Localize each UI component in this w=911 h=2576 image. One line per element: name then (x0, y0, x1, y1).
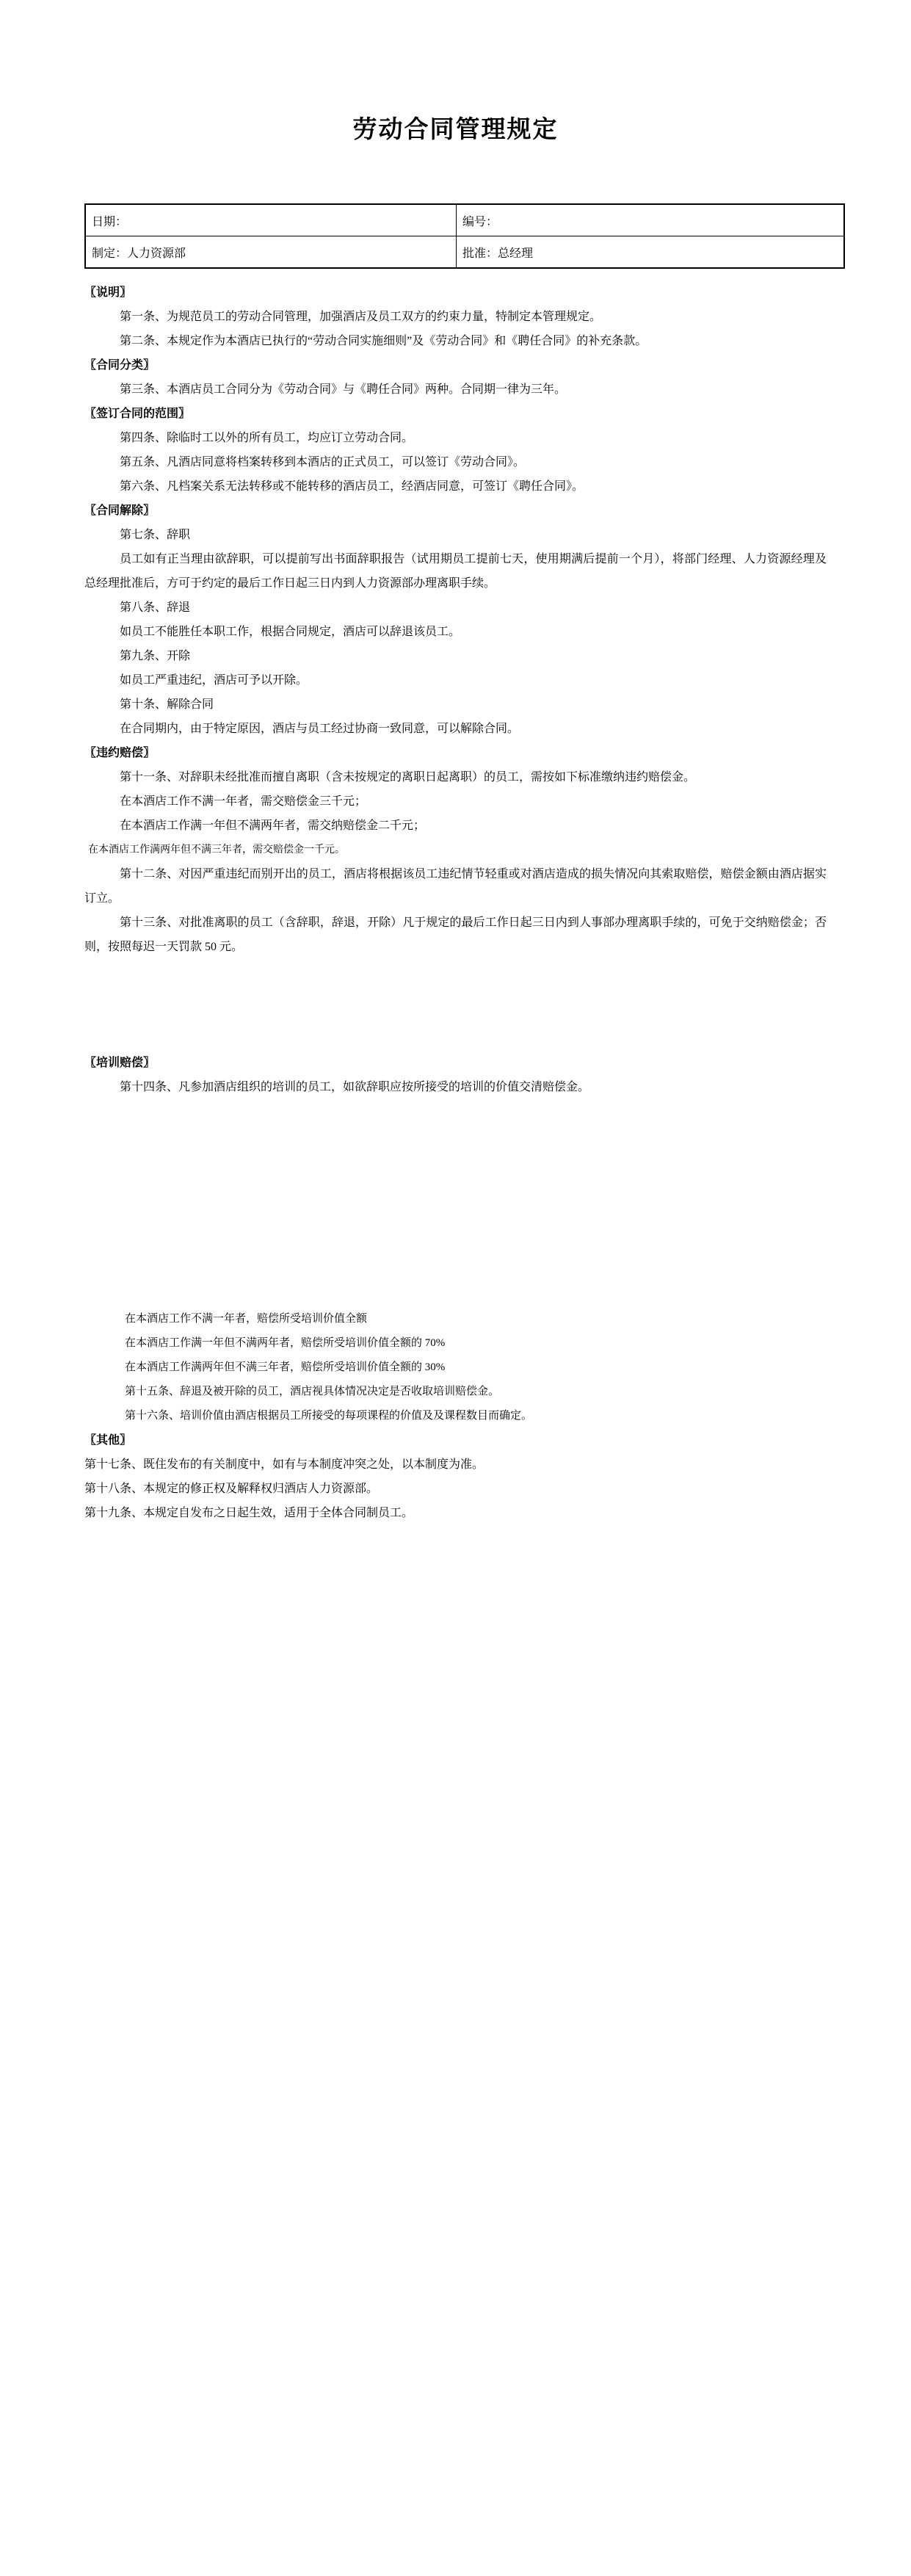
paragraph: 第十七条、既住发布的有关制度中，如有与本制度冲突之处，以本制度为准。 (84, 1452, 827, 1477)
paragraph: 第七条、辞职 (84, 523, 827, 547)
paragraph: 第十九条、本规定自发布之日起生效，适用于全体合同制员工。 (84, 1501, 827, 1525)
paragraph: 第十一条、对辞职未经批准而擅自离职（含未按规定的离职日起离职）的员工，需按如下标… (84, 765, 827, 789)
section-heading: 〖其他〗 (84, 1428, 827, 1452)
section-heading: 〖合同分类〗 (84, 353, 827, 377)
section-heading: 〖违约赔偿〗 (84, 741, 827, 765)
info-table: 日期： 编号： 制定：人力资源部 批准：总经理 (84, 203, 845, 269)
paragraph: 在本酒店工作不满一年者，赔偿所受培训价值全额 (84, 1307, 827, 1331)
paragraph: 在本酒店工作满一年但不满两年者，需交纳赔偿金二千元； (84, 814, 827, 838)
paragraph: 第九条、开除 (84, 644, 827, 668)
paragraph: 第四条、除临时工以外的所有员工，均应订立劳动合同。 (84, 426, 827, 450)
paragraph: 员工如有正当理由欲辞职，可以提前写出书面辞职报告（试用期员工提前七天，使用期满后… (84, 547, 827, 596)
info-cell-date: 日期： (85, 204, 457, 236)
paragraph: 第十二条、对因严重违纪而别开出的员工，酒店将根据该员工违纪情节轻重或对酒店造成的… (84, 862, 827, 911)
paragraph: 在合同期内，由于特定原因，酒店与员工经过协商一致同意，可以解除合同。 (84, 717, 827, 741)
paragraph: 第一条、为规范员工的劳动合同管理，加强酒店及员工双方的约束力量，特制定本管理规定… (84, 305, 827, 329)
paragraph: 如员工严重违纪，酒店可予以开除。 (84, 668, 827, 692)
paragraph: 在本酒店工作满两年但不满三年者，需交赔偿金一千元。 (84, 838, 827, 862)
paragraph: 第十四条、凡参加酒店组织的培训的员工，如欲辞职应按所接受的培训的价值交清赔偿金。 (84, 1075, 827, 1099)
paragraph: 第十五条、辞退及被开除的员工，酒店视具体情况决定是否收取培训赔偿金。 (84, 1380, 827, 1404)
section-heading: 〖签订合同的范围〗 (84, 402, 827, 426)
info-table-row: 制定：人力资源部 批准：总经理 (85, 236, 844, 269)
paragraph: 第八条、辞退 (84, 596, 827, 620)
document-page: 劳动合同管理规定 日期： 编号： 制定：人力资源部 批准：总经理 〖说明〗第一条… (0, 0, 911, 2576)
info-cell-maker: 制定：人力资源部 (85, 236, 457, 269)
info-table-row: 日期： 编号： (85, 204, 844, 236)
document-body: 〖说明〗第一条、为规范员工的劳动合同管理，加强酒店及员工双方的约束力量，特制定本… (84, 281, 827, 1525)
paragraph: 第十条、解除合同 (84, 692, 827, 717)
paragraph: 第十六条、培训价值由酒店根据员工所接受的每项课程的价值及及课程数目而确定。 (84, 1404, 827, 1428)
info-cell-number: 编号： (457, 204, 845, 236)
paragraph: 第三条、本酒店员工合同分为《劳动合同》与《聘任合同》两种。合同期一律为三年。 (84, 377, 827, 402)
paragraph: 在本酒店工作满两年但不满三年者，赔偿所受培训价值全额的 30% (84, 1356, 827, 1380)
paragraph: 如员工不能胜任本职工作，根据合同规定，酒店可以辞退该员工。 (84, 620, 827, 644)
document-title: 劳动合同管理规定 (0, 114, 911, 146)
paragraph: 第二条、本规定作为本酒店已执行的“劳动合同实施细则”及《劳动合同》和《聘任合同》… (84, 329, 827, 353)
section-heading: 〖说明〗 (84, 281, 827, 305)
section-heading: 〖培训赔偿〗 (84, 1051, 827, 1075)
paragraph: 第六条、凡档案关系无法转移或不能转移的酒店员工，经酒店同意，可签订《聘任合同》。 (84, 474, 827, 499)
paragraph: 第十三条、对批准离职的员工（含辞职，辞退，开除）凡于规定的最后工作日起三日内到人… (84, 911, 827, 959)
section-heading: 〖合同解除〗 (84, 499, 827, 523)
paragraph: 在本酒店工作满一年但不满两年者，赔偿所受培训价值全额的 70% (84, 1331, 827, 1356)
info-cell-approver: 批准：总经理 (457, 236, 845, 269)
paragraph: 第十八条、本规定的修正权及解释权归酒店人力资源部。 (84, 1477, 827, 1501)
paragraph: 在本酒店工作不满一年者，需交赔偿金三千元； (84, 789, 827, 814)
paragraph: 第五条、凡酒店同意将档案转移到本酒店的正式员工，可以签订《劳动合同》。 (84, 450, 827, 474)
